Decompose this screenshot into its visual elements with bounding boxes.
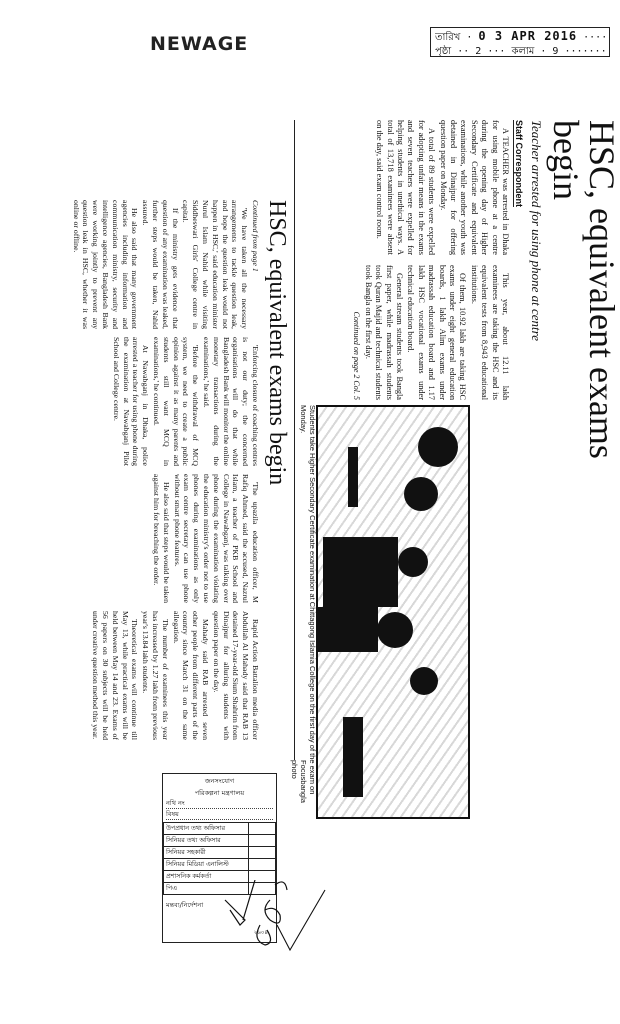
continued-note: Continued on page 2 Col. 5 — [351, 265, 361, 400]
body-paragraph: The number of examinees this year has in… — [140, 611, 169, 740]
page-value: 2 — [475, 46, 481, 57]
continued-from: Continued from page 1 — [250, 200, 260, 329]
page-label: পৃষ্ঠা — [435, 46, 451, 57]
continued-story: HSC, equivalent exams begin Continued fr… — [20, 200, 290, 760]
stamp-subtitle: পরিকল্পনা মন্ত্রণালয় — [163, 786, 276, 798]
date-label: তারিখ — [435, 32, 460, 43]
subject-field: বিষয় — [166, 809, 273, 820]
lead-paragraph: General stream students took Bangla firs… — [362, 265, 404, 400]
body-paragraph: He also said that many government agenci… — [71, 200, 140, 329]
continued-headline: HSC, equivalent exams begin — [264, 200, 290, 485]
lead-body: A TEACHER was arrested in Dhaka for usin… — [320, 120, 510, 400]
photo-caption: Students take Higher Secondary Certifica… — [299, 405, 317, 815]
remarks-label: মন্তব্য/নির্দেশনা — [166, 900, 203, 911]
continued-column-2: 'Enforcing closure of coaching centres i… — [20, 337, 260, 466]
lead-paragraph: Of them, 10.92 lakh are taking HSC exams… — [405, 265, 467, 400]
routing-label: উপপ্রধান তথ্য অফিসার — [164, 823, 249, 835]
continued-column-4: Rapid Action Battalion media officer Abd… — [20, 611, 260, 740]
body-paragraph: 'We have taken all the necessary arrange… — [181, 200, 250, 329]
byline: Staff Correspondent — [513, 120, 524, 207]
publication-name: NEWAGE — [150, 33, 248, 55]
body-paragraph: If the ministry gets evidence that quest… — [140, 200, 179, 329]
body-paragraph: Theoretical exams will continue till May… — [90, 611, 139, 740]
lead-headline: HSC, equivalent exams begin — [548, 120, 620, 480]
lead-paragraph: A TEACHER was arrested in Dhaka for usin… — [437, 120, 510, 255]
body-paragraph: 'Before the withdrawal of MCQ system, we… — [151, 337, 200, 466]
routing-row: সিনিয়র তথ্য অফিসার — [164, 835, 276, 847]
continued-column-1: Continued from page 1 'We have taken all… — [20, 200, 260, 329]
body-paragraph: He also said that steps would be taken a… — [151, 474, 171, 603]
routing-row: সিনিয়র মিডিয়া এনালিস্ট — [164, 859, 276, 871]
body-paragraph: Mahady said RAB arrested seven other peo… — [171, 611, 210, 740]
routing-row: উপপ্রধান তথ্য অফিসার — [164, 823, 276, 835]
photo-credit: Focusbangla photo — [290, 760, 308, 820]
continued-column-3: 'The upazila education officer, M Rafiq … — [20, 474, 260, 603]
date-stamp: তারিখ · 0 3 APR 2016 ····· পৃষ্ঠা ·· 2 ·… — [430, 27, 610, 57]
lead-column-1: A TEACHER was arrested in Dhaka for usin… — [320, 120, 510, 255]
routing-row: সিনিয়র সহকারী — [164, 847, 276, 859]
column-rule — [294, 120, 295, 760]
column-label: কলাম — [511, 46, 534, 57]
column-value: 9 — [552, 46, 558, 57]
lead-paragraph: A total of 89 students were expelled for… — [374, 120, 436, 255]
date-value: 0 3 APR 2016 — [478, 29, 577, 43]
body-paragraph: At Nawabganj in Dhaka, police arrested a… — [111, 337, 150, 466]
file-number-field: নথি নং — [166, 798, 273, 809]
lead-column-2: This year, about 12.11 lakh examinees ar… — [320, 265, 510, 400]
news-photo — [316, 405, 470, 819]
newspaper-clipping: HSC, equivalent exams begin Teacher arre… — [20, 120, 620, 820]
lead-paragraph: This year, about 12.11 lakh examinees ar… — [468, 265, 510, 400]
body-paragraph: 'The upazila education officer, M Rafiq … — [172, 474, 260, 603]
lead-deck: Teacher arrested for using phone at cent… — [528, 120, 544, 341]
body-paragraph: Rapid Action Battalion media officer Abd… — [211, 611, 260, 740]
body-paragraph: 'Enforcing closure of coaching centres i… — [201, 337, 260, 466]
routing-label: সিনিয়র তথ্য অফিসার — [164, 835, 249, 847]
signature-icon — [215, 880, 335, 970]
stamp-title: জনসংযোগ — [163, 774, 276, 786]
continued-body: Continued from page 1 'We have taken all… — [20, 200, 260, 740]
routing-label: সিনিয়র মিডিয়া এনালিস্ট — [164, 859, 249, 871]
routing-label: সিনিয়র সহকারী — [164, 847, 249, 859]
